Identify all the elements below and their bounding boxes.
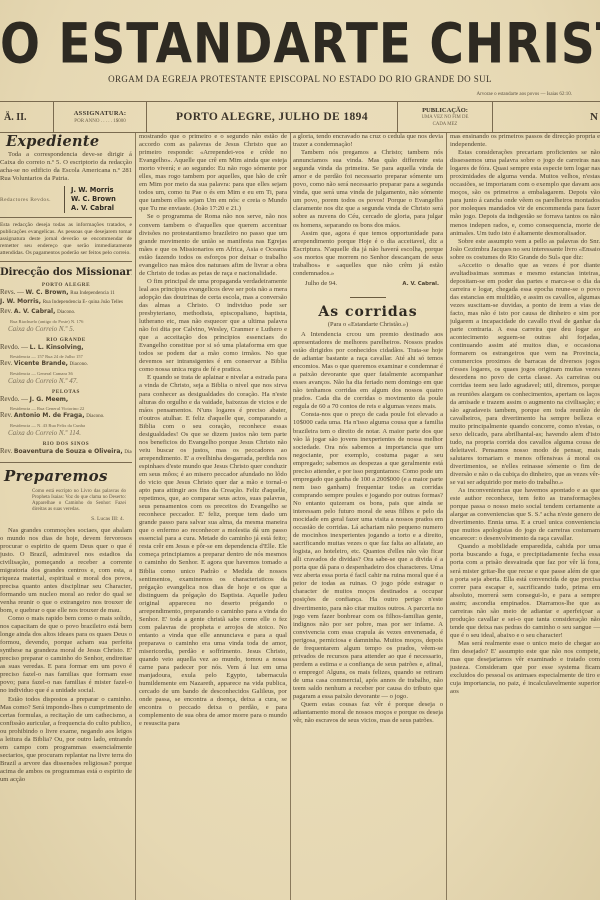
missionary-entry: Rev. Boaventura de Souza e Oliveira, Dia… (0, 448, 132, 458)
newspaper-page: O ESTANDARTE CHRISTÃO ORGAM DA EGREJA PR… (0, 0, 600, 900)
article-paragraph: Tambem nós pregamos a Christo; tambem nó… (293, 149, 443, 229)
editor-name: A. V. Cabral (71, 204, 116, 213)
article-paragraph: Estão todos dispostos a preparar o camin… (0, 696, 132, 785)
subscription-label: ASSIGNATURA: (74, 110, 127, 117)
signoff-date: Julho de 94. (305, 280, 337, 288)
missionary-name: W. C. Brown, (26, 289, 69, 296)
publication-frequency-2: CADA MEZ (433, 122, 458, 128)
publication-box: PUBLICAÇÃO: UMA VEZ NO FIM DE CADA MEZ (398, 102, 493, 132)
article-paragraph: A Intendencia crcou um premio destinado … (293, 331, 443, 411)
missionary-address: Rua Riachuelo (antigo do Poste) N. 176 (0, 318, 132, 325)
subscription-price: POR ANNO . . . . . 1$000 (74, 119, 125, 124)
dateline: PORTO ALEGRE, JULHO DE 1894 (147, 102, 398, 132)
masthead-epigraph: Arvorae o estandarte aos povos — Isaias … (476, 92, 572, 97)
post-box: Caixa do Correio N.º 5. (0, 325, 132, 334)
station-city: RIO DOS SINOS (0, 440, 132, 448)
missionary-address: Residencia — General Camara 36 (0, 370, 132, 377)
preparemos-heading: Preparemos (0, 467, 132, 485)
missionary-address: Residencia — Rua General Victorino 22 (0, 405, 132, 412)
missionary-name: Antonio M. de Fraga, (14, 412, 85, 419)
article-paragraph: Como o mais rapido bem como o mais solid… (0, 615, 132, 695)
missionary-title: Revdo. — (0, 344, 28, 351)
divider (0, 217, 132, 218)
missionary-entry: Revs. — W. C. Brown, Rua Independencia 1… (0, 289, 132, 299)
publication-frequency-1: UMA VEZ NO FIM DE (422, 115, 469, 121)
article-paragraph: Mas será realmente esse o unico meio de … (450, 640, 600, 696)
article-paragraph: Quando a mobilidade emparedida, cahida p… (450, 543, 600, 640)
editors-label: Redactores Revdos. (0, 196, 64, 204)
missionary-entry: Rev. A. V. Cabral, Diacono. (0, 308, 132, 318)
missionary-address: Residencia — 157 Rua 24 de Julho 157 (0, 353, 132, 360)
article-paragraph: mostrando que o primeiro e o segundo não… (139, 133, 287, 213)
column-2: mostrando que o primeiro e o segundo não… (139, 133, 287, 900)
preparemos-epigraph-ref: S. Lucas III: 4. (0, 515, 124, 523)
missionary-entry: Revdo. — L. L. Kinsolving, (0, 344, 132, 354)
column-4: mas ensinando os primeiros passos de dir… (450, 133, 600, 900)
corridas-heading: As corridas (293, 304, 443, 321)
expediente-heading: Expediente (0, 133, 132, 151)
expediente-text: Toda a correspondencia deve-se dirigir á… (0, 151, 132, 183)
missionaries-heading: Direcção dos Missionarios (0, 266, 132, 279)
missionary-detail: Diacono. (70, 362, 88, 367)
column-1: Expediente Toda a correspondencia deve-s… (0, 133, 132, 900)
volume-label: Ä. II. (0, 102, 54, 132)
station-city: RIO GRANDE (0, 336, 132, 344)
missionary-name: Vicente Brande, (14, 360, 68, 367)
missionary-name: J. G. Meem, (30, 396, 69, 403)
column-3: a gloria, tendo encravado na cruz o cedu… (293, 133, 443, 900)
preparemos-epigraph: Como está escripto no Livro das palavras… (32, 489, 126, 514)
missionary-address: Residencia — N. 43 Rua Felix da Cunha (0, 422, 132, 429)
missionary-entry: Revdo. — J. G. Meem, (0, 396, 132, 406)
info-bar: Ä. II. ASSIGNATURA: POR ANNO . . . . . 1… (0, 101, 600, 133)
article-paragraph: Quem estas cousas faz vêr é porque desej… (293, 701, 443, 725)
column-rule (446, 133, 447, 900)
station-city: PORTO ALEGRE (0, 281, 132, 289)
publication-label: PUBLICAÇÃO: (422, 107, 468, 114)
missionary-title: Revdo. — (0, 396, 28, 403)
post-box: Caixa do Correio N.º 47. (0, 377, 132, 386)
divider (350, 297, 386, 298)
article-paragraph: «Acceito o desafio que as vezes é por di… (450, 262, 600, 487)
missionary-title: Revs. — (0, 289, 24, 296)
subscription-box: ASSIGNATURA: POR ANNO . . . . . 1$000 (54, 102, 147, 132)
missionary-name: J. W. Morris, (0, 298, 41, 305)
editor-name: W. C. Brown (71, 195, 116, 204)
missionary-name: L. L. Kinsolving, (30, 344, 84, 351)
signoff-author: A. V. Cabral. (402, 280, 439, 288)
article-paragraph: O fim principal de uma propaganda verdad… (139, 278, 287, 375)
editors-block: Redactores Revdos. J. W. Morris W. C. Br… (0, 186, 132, 213)
missionary-title: Rev. (0, 308, 12, 315)
missionary-detail: Rua Independencia 11 (70, 291, 115, 296)
column-rule (290, 133, 291, 900)
editors-list: J. W. Morris W. C. Brown A. V. Cabral (64, 186, 116, 213)
article-paragraph: E quando se trata de aplainar e nivelar … (139, 374, 287, 728)
missionary-stations: PORTO ALEGRERevs. — W. C. Brown, Rua Ind… (0, 281, 132, 458)
divider (0, 462, 132, 463)
article-paragraph: a gloria, tendo encravado na cruz o cedu… (293, 133, 443, 149)
missionary-detail: Diacono. (124, 450, 132, 455)
missionary-detail: Rua Independencia E- quina João Telles (43, 300, 123, 305)
missionary-entry: Rev. Antonio M. de Fraga, Diacono. (0, 412, 132, 422)
corridas-byline: (Para o «Estandarte Christão.») (293, 321, 443, 329)
post-box: Caixa do Correio N.º 114. (0, 429, 132, 438)
article-paragraph: Consta-nos que o preço de cada poule foi… (293, 411, 443, 701)
missionary-detail: Diacono. (57, 310, 75, 315)
expediente-notice: Esta redacção deseja todas as informaçõe… (0, 222, 132, 257)
missionary-title: Rev. (0, 360, 12, 367)
missionary-name: Boaventura de Souza e Oliveira, (14, 448, 123, 455)
divider (0, 261, 132, 262)
column-rule (135, 133, 136, 900)
station-city: PELOTAS (0, 388, 132, 396)
missionary-detail: Diacono. (86, 414, 104, 419)
masthead-title: O ESTANDARTE CHRISTÃO (0, 14, 600, 75)
article-paragraph: Se o programma de Roma não nos serve, nã… (139, 213, 287, 277)
article-paragraph: Sobre este assumpto vem a pello as palav… (450, 238, 600, 262)
missionary-name: A. V. Cabral, (14, 308, 55, 315)
article-paragraph: Assim que, agora é que temos opportunida… (293, 230, 443, 278)
missionary-entry: J. W. Morris, Rua Independencia E- quina… (0, 298, 132, 308)
article-paragraph: As inconveniencias que havemos apontado … (450, 487, 600, 543)
article-paragraph: mas ensinando os primeiros passos de dir… (450, 133, 600, 149)
issue-number: N (493, 102, 600, 132)
article-paragraph: Estas considerações precariam proficient… (450, 149, 600, 238)
editor-name: J. W. Morris (71, 186, 116, 195)
masthead-subtitle: ORGAM DA EGREJA PROTESTANTE EPISCOPAL NO… (0, 74, 600, 84)
article-signoff: Julho de 94. A. V. Cabral. (293, 280, 443, 288)
article-paragraph: Nas grandes commoções sociaes, que abala… (0, 527, 132, 616)
missionary-title: Rev. (0, 412, 12, 419)
missionary-title: Rev. (0, 448, 12, 455)
missionary-entry: Rev. Vicente Brande, Diacono. (0, 360, 132, 370)
